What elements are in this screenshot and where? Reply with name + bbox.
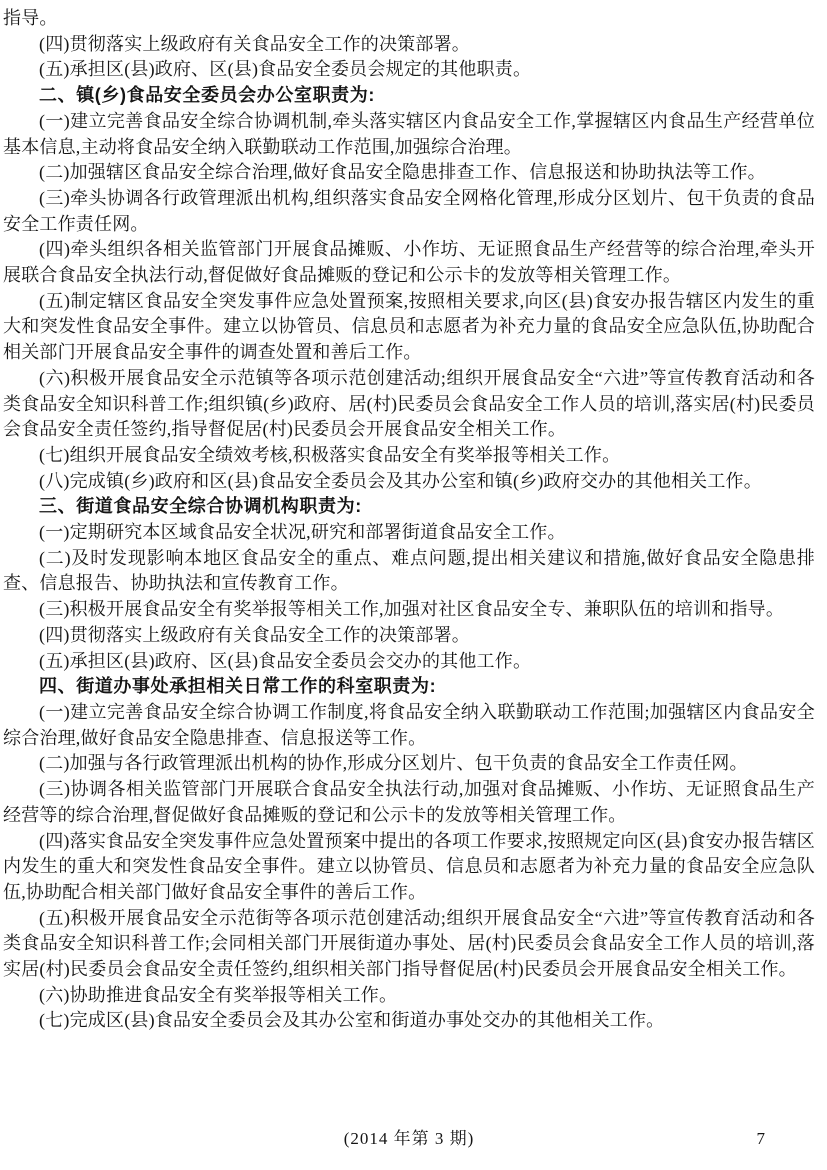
issue-label: (2014 年第 3 期)	[3, 1124, 815, 1154]
text-body: 指导。(四)贯彻落实上级政府有关食品安全工作的决策部署。(五)承担区(县)政府、…	[3, 6, 815, 1034]
paragraph: (五)制定辖区食品安全突发事件应急处置预案,按照相关要求,向区(县)食安办报告辖…	[3, 289, 815, 366]
paragraph: (五)承担区(县)政府、区(县)食品安全委员会规定的其他职责。	[3, 57, 815, 83]
paragraph: (四)牵头组织各相关监管部门开展食品摊贩、小作坊、无证照食品生产经营等的综合治理…	[3, 237, 815, 288]
paragraph: (六)积极开展食品安全示范镇等各项示范创建活动;组织开展食品安全“六进”等宣传教…	[3, 366, 815, 443]
page-footer: (2014 年第 3 期) 7	[3, 1124, 815, 1154]
paragraph: (三)牵头协调各行政管理派出机构,组织落实食品安全网格化管理,形成分区划片、包干…	[3, 186, 815, 237]
page-number: 7	[757, 1124, 766, 1154]
paragraph: 指导。	[3, 6, 815, 32]
section-heading: 四、街道办事处承担相关日常工作的科室职责为:	[3, 674, 815, 700]
paragraph: (四)贯彻落实上级政府有关食品安全工作的决策部署。	[3, 623, 815, 649]
paragraph: (二)及时发现影响本地区食品安全的重点、难点问题,提出相关建议和措施,做好食品安…	[3, 546, 815, 597]
paragraph: (一)定期研究本区域食品安全状况,研究和部署街道食品安全工作。	[3, 520, 815, 546]
section-heading: 二、镇(乡)食品安全委员会办公室职责为:	[3, 83, 815, 109]
paragraph: (七)完成区(县)食品安全委员会及其办公室和街道办事处交办的其他相关工作。	[3, 1008, 815, 1034]
paragraph: (四)贯彻落实上级政府有关食品安全工作的决策部署。	[3, 32, 815, 58]
paragraph: (五)承担区(县)政府、区(县)食品安全委员会交办的其他工作。	[3, 649, 815, 675]
section-heading: 三、街道食品安全综合协调机构职责为:	[3, 494, 815, 520]
document-page: { "page": { "paragraphs": [ {"style": "c…	[0, 0, 827, 1170]
paragraph: (二)加强与各行政管理派出机构的协作,形成分区划片、包干负责的食品安全工作责任网…	[3, 751, 815, 777]
paragraph: (八)完成镇(乡)政府和区(县)食品安全委员会及其办公室和镇(乡)政府交办的其他…	[3, 469, 815, 495]
paragraph: (一)建立完善食品安全综合协调工作制度,将食品安全纳入联勤联动工作范围;加强辖区…	[3, 700, 815, 751]
paragraph: (七)组织开展食品安全绩效考核,积极落实食品安全有奖举报等相关工作。	[3, 443, 815, 469]
paragraph: (三)协调各相关监管部门开展联合食品安全执法行动,加强对食品摊贩、小作坊、无证照…	[3, 777, 815, 828]
paragraph: (五)积极开展食品安全示范街等各项示范创建活动;组织开展食品安全“六进”等宣传教…	[3, 906, 815, 983]
paragraph: (二)加强辖区食品安全综合治理,做好食品安全隐患排查工作、信息报送和协助执法等工…	[3, 160, 815, 186]
paragraph: (六)协助推进食品安全有奖举报等相关工作。	[3, 983, 815, 1009]
paragraph: (四)落实食品安全突发事件应急处置预案中提出的各项工作要求,按照规定向区(县)食…	[3, 829, 815, 906]
paragraph: (三)积极开展食品安全有奖举报等相关工作,加强对社区食品安全专、兼职队伍的培训和…	[3, 597, 815, 623]
paragraph: (一)建立完善食品安全综合协调机制,牵头落实辖区内食品安全工作,掌握辖区内食品生…	[3, 109, 815, 160]
